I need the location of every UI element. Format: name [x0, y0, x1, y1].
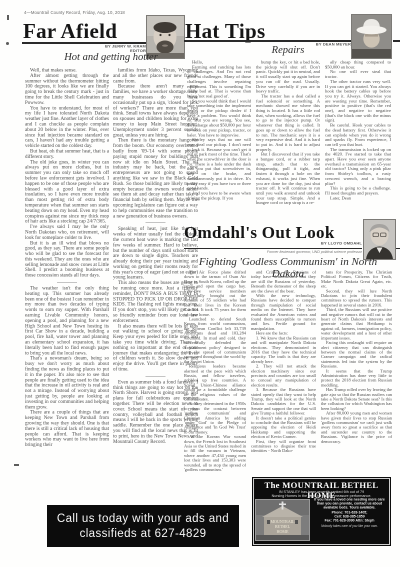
body-paragraph: Launched to defend South Korea from worl… [184, 317, 246, 364]
omdahl-column-3: tans for Prosperity, The Christian Polit… [321, 270, 392, 472]
far-afield-headline: Far Afield [23, 19, 117, 44]
body-paragraph: Later, Dean [325, 196, 391, 201]
omdahl-portrait-icon [364, 220, 395, 259]
body-paragraph: First, they will organize front committe… [251, 439, 316, 453]
body-paragraph: Facing this onslaught will require an al… [321, 341, 392, 369]
section-divider [57, 282, 77, 283]
far-afield-column-1: Well, that makes sense.After almost gett… [25, 68, 109, 472]
body-paragraph: Then there is the monetary hangover from… [113, 138, 198, 219]
body-paragraph: No one will ever steal that tractor. [325, 70, 391, 80]
hat-tips-column-1: Hello,Farming and ranching has lots of c… [187, 60, 251, 219]
body-paragraph: Shirley says that no one will ever steal… [187, 138, 251, 191]
scan-artifact [14, 464, 19, 466]
body-paragraph: That's a newsman's dream, being so busy … [25, 356, 109, 410]
bethel-home-ad: The MOUNTRAIL BETHEL HOME IN STANLEY has… [252, 477, 391, 546]
body-paragraph: tans for Prosperity, The Christian Polit… [321, 270, 392, 289]
hat-tips-column-2: bump the key, or hit a bad hole, the pic… [256, 60, 320, 219]
body-paragraph: It doesn't take a political genius to co… [251, 416, 316, 440]
bethel-ad-contact-block: If you have a loved one needing more car… [311, 498, 388, 543]
body-paragraph: The weather isn't the only thing heating… [25, 286, 109, 356]
body-paragraph: The transmission is locked up on the 402… [325, 147, 391, 186]
body-paragraph: Second, they will lure North Dakotans to… [321, 289, 392, 308]
section-divider [146, 223, 166, 224]
body-paragraph: The other tractor runs very well. If you… [325, 79, 391, 123]
body-paragraph: The old joke goes, in winter you can alw… [25, 160, 109, 225]
body-paragraph: You have to understand, for most of my l… [25, 106, 109, 149]
classifieds-ad-line1: Call us today with your ads and [57, 513, 229, 525]
omdahl-byline: BY LLOYD OMDAHL [216, 241, 362, 246]
hat-tips-column-3: ally cheap thing compared to $50,000 an … [325, 60, 391, 219]
body-paragraph: Be careful. Hook your cables to the dead… [325, 123, 391, 147]
hat-tips-rule-stub [393, 40, 400, 42]
section-divider [146, 376, 166, 377]
bethel-building-icon: MOUNTRAIL BETHEL HOME [256, 500, 309, 540]
body-paragraph: Farming and ranching has lots of challen… [187, 65, 251, 99]
newspaper-page: { "page": { "masthead": "4—Mountrail Cou… [0, 0, 400, 567]
body-paragraph: But heat, oh that summer heat, that is a… [25, 149, 109, 160]
body-paragraph: 1. We know that the Russians can and wil… [251, 336, 316, 364]
body-paragraph: 3. Because the Russians have stated open… [251, 388, 316, 416]
hat-tips-title: Repairs [185, 45, 391, 56]
body-paragraph: But it is an ill wind that blows no good… [25, 241, 109, 279]
body-paragraph: bump the key, or hit a bad hole, the pic… [256, 60, 320, 94]
body-paragraph: So they determined in the 1950s to draw … [184, 402, 246, 435]
omdahl-column-1: The Air Force plane drifted down to the … [184, 270, 246, 472]
masthead-text: 4—Mountrail County Record, Friday, Aug. … [24, 10, 204, 15]
omdahl-rule-stub [395, 248, 400, 249]
bethel-building-photo: MOUNTRAIL BETHEL HOME [256, 500, 309, 540]
body-paragraph: And you have to be aware when driving th… [187, 191, 251, 201]
omdahl-byline-box: BY LLOYD OMDAHL [216, 241, 362, 248]
body-paragraph: and Crimea, the Russians of today have d… [251, 270, 316, 294]
body-paragraph: It seems that the Trump Administration h… [321, 369, 392, 388]
body-paragraph: After 80,000 young men and women have gi… [321, 411, 392, 444]
bethel-ad-fax: Fax: 701-628-3090 Attn: Steph [311, 519, 388, 523]
svg-text:HOME: HOME [277, 529, 289, 534]
scan-artifact [7, 15, 9, 20]
body-paragraph: With the new technology, Russians have d… [251, 294, 316, 332]
classifieds-ad-line2: classifieds at 627-4829 [80, 528, 207, 540]
body-paragraph: Has Trump rolled over by leaving the gat… [321, 388, 392, 412]
omdahl-author-photo [364, 220, 395, 259]
omdahl-credential: Former lieutenant governor, UND politica… [180, 250, 362, 254]
body-paragraph: I've always said I may be the only North… [25, 225, 109, 241]
bethel-ad-tagline: Nobody takes care of you like your own. [311, 524, 388, 528]
body-paragraph: The tractor has a deal called a fuel sol… [256, 94, 320, 152]
bethel-ad-body: If you have a loved one needing more car… [311, 498, 388, 510]
body-paragraph: So you would think that I would take som… [187, 99, 251, 138]
body-paragraph: But I discovered that if you take a bung… [256, 152, 320, 205]
far-afield-title: Hot and getting hotter [24, 52, 198, 63]
body-paragraph: 2. They will not attack the election mac… [251, 364, 316, 388]
body-paragraph: The Air Force plane drifted down to the … [184, 270, 246, 317]
body-paragraph: Religious leaders became alarmed at the … [184, 364, 246, 402]
body-paragraph: After almost getting through the summer … [25, 73, 109, 105]
omdahl-headline: Omdahl's Out Look [184, 223, 335, 243]
body-paragraph: As the Korean War wound down, the French… [184, 435, 246, 472]
body-paragraph: This is going to be a challenge. I'll ne… [325, 186, 391, 196]
body-paragraph: families from Idaho, Texas, Wyoming and … [113, 68, 198, 84]
body-paragraph: Because there aren't many new families, … [113, 84, 198, 138]
body-paragraph: Third, the Russians will use positive an… [321, 308, 392, 341]
classifieds-ad: Call us today with your ads and classifi… [47, 505, 239, 547]
body-paragraph: There are a couple of things that are ke… [25, 410, 109, 448]
omdahl-column-2: and Crimea, the Russians of today have d… [251, 270, 316, 472]
